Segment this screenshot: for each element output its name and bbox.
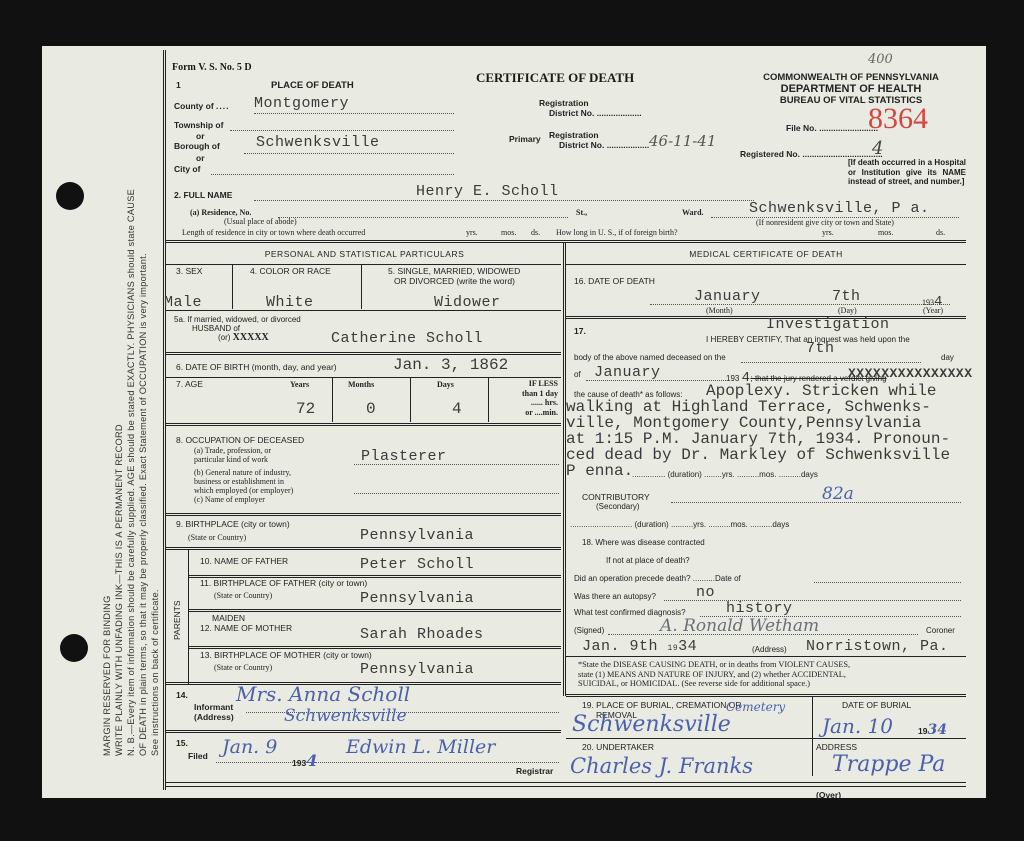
borough-label: Borough of (174, 141, 220, 151)
ds-label: ds. (936, 228, 945, 237)
footnote: *State the DISEASE CAUSING DEATH, or in … (578, 660, 850, 689)
or-label: or (196, 131, 205, 141)
file-no-label: File No. ......................... (786, 123, 878, 133)
mother-birthplace-value: Pennsylvania (360, 661, 474, 678)
residence-label: (a) Residence, No. (190, 208, 251, 217)
yrs-label: yrs. (822, 228, 834, 237)
occupation-a-label: (a) Trade, profession, orparticular kind… (194, 446, 271, 464)
informant-address: Schwenksville (284, 706, 407, 726)
divider (566, 656, 966, 657)
burial-place-note: Cemetery (726, 700, 785, 714)
autopsy-label: Was there an autopsy? (574, 592, 656, 601)
autopsy-value: no (696, 584, 715, 601)
wife-strikeout: XXXXX (233, 332, 269, 343)
divider (166, 377, 561, 378)
form-number: Form V. S. No. 5 D (172, 62, 252, 73)
date-of-death-label: 16. DATE OF DEATH (574, 276, 655, 286)
pencil-note: 400 (868, 52, 893, 67)
divider (166, 730, 561, 733)
divider (166, 513, 561, 516)
punch-hole-top (56, 182, 84, 210)
occupation-b-label: (b) General nature of industry,business … (194, 468, 293, 504)
divider (166, 310, 561, 311)
residence-sub-label: (Usual place of abode) (224, 217, 297, 226)
sex-label: 3. SEX (176, 266, 202, 276)
undertaker-name: Charles J. Franks (570, 754, 753, 778)
less-than-day-label: IF LESSthan 1 day...... hrs.or ....min. (494, 379, 558, 417)
personal-heading: PERSONAL AND STATISTICAL PARTICULARS (166, 249, 563, 259)
mother-value: Sarah Rhoades (360, 626, 484, 643)
month-sub-label: (Month) (706, 306, 733, 315)
full-name-label: 2. FULL NAME (174, 190, 232, 200)
length-of-residence-label: Length of residence in city or town wher… (182, 228, 365, 237)
full-name-dots (254, 200, 754, 201)
contributory-label: CONTRIBUTORY(Secondary) (582, 492, 650, 512)
months-label: Months (348, 380, 374, 389)
or-label: or (196, 153, 205, 163)
margin-line: MARGIN RESERVED FOR BINDING (102, 595, 113, 756)
divider (812, 696, 813, 776)
death-day: 7th (832, 288, 861, 305)
agency-line: DEPARTMENT OF HEALTH (741, 83, 961, 95)
margin-line: N. B.—Every item of information should b… (126, 189, 137, 756)
divider (166, 352, 561, 355)
signed-label: (Signed) (574, 626, 604, 635)
residence-value: Schwenksville, P a. (749, 200, 930, 217)
industry-dots (354, 493, 559, 494)
agency-line: COMMONWEALTH OF PENNSYLVANIA (741, 72, 961, 83)
test-value: history (726, 600, 793, 617)
coroner-signature: A. Ronald Wetham (660, 616, 819, 636)
day-sub-label: (Day) (838, 306, 857, 315)
day-word: day (941, 353, 954, 362)
age-months-value: 0 (366, 400, 376, 418)
operation-label: Did an operation precede death? ........… (574, 574, 741, 583)
borough-dots (244, 153, 454, 154)
burial-year: 1934 (918, 722, 947, 738)
divider (166, 240, 966, 243)
father-birthplace-label: 11. BIRTHPLACE OF FATHER (city or town)(… (200, 578, 367, 600)
filed-dots (216, 762, 559, 763)
divider (166, 547, 561, 550)
duration-row-1: ............... (duration) ........yrs. … (632, 470, 818, 479)
divider (166, 782, 966, 783)
township-dots (230, 130, 454, 131)
primary-district-label: Primary (509, 134, 541, 144)
city-dots (211, 174, 454, 175)
spouse-label: 5a. If married, widowed, or divorced HUS… (174, 315, 301, 342)
divider (332, 377, 333, 422)
city-label: City of (174, 164, 200, 174)
hospital-note: [If death occurred in a Hospital or Inst… (848, 158, 966, 187)
marital-label: 5. SINGLE, MARRIED, WIDOWEDOR DIVORCED (… (388, 266, 520, 286)
occupation-value: Plasterer (361, 448, 447, 465)
medical-heading: MEDICAL CERTIFICATE OF DEATH (566, 249, 966, 259)
agency-name: COMMONWEALTH OF PENNSYLVANIA DEPARTMENT … (741, 72, 961, 106)
street-label: St., (576, 208, 587, 217)
duration-row-2: ............................ (duration) … (570, 520, 789, 529)
registration-district-label: RegistrationDistrict No. ...............… (539, 98, 642, 118)
strikeout-text: XXXXXXXXXXXXXXX (848, 366, 973, 381)
certificate-title: CERTIFICATE OF DEATH (476, 70, 634, 86)
punch-hole-bottom (60, 634, 88, 662)
certificate-form: Form V. S. No. 5 D CERTIFICATE OF DEATH … (163, 50, 983, 790)
file-number: 8364 (868, 102, 928, 136)
divider (188, 549, 189, 684)
registered-number: 4 (872, 138, 883, 159)
divider (410, 377, 411, 422)
signed-date: Jan. 9th 1934 (582, 638, 697, 655)
yrs-label: yrs. (466, 228, 478, 237)
informant-label: Informant(Address) (194, 702, 234, 722)
divider (566, 738, 966, 739)
section-number: 1 (176, 80, 181, 90)
race-label: 4. COLOR OR RACE (250, 266, 331, 276)
margin-line: See instructions on back of certificate. (150, 589, 161, 756)
ds-label: ds. (531, 228, 540, 237)
father-birthplace-value: Pennsylvania (360, 590, 474, 607)
contributory-code: 82a (822, 484, 854, 504)
agency-line: BUREAU OF VITAL STATISTICS (741, 95, 961, 106)
burial-place-value: Schwenksville (572, 712, 731, 737)
birthplace-label: 9. BIRTHPLACE (city or town)(State or Co… (176, 519, 290, 542)
filed-date: Jan. 9 (222, 736, 277, 758)
dob-value: Jan. 3, 1862 (393, 356, 508, 374)
burial-date-value: Jan. 10 (822, 714, 893, 738)
divider (188, 609, 561, 612)
years-label: Years (290, 380, 309, 389)
race-value: White (266, 294, 314, 311)
informant-number: 14. (176, 690, 188, 700)
age-years-value: 72 (296, 400, 315, 418)
marital-value: Widower (434, 294, 501, 311)
county-label: County of .... (174, 101, 230, 111)
divider (566, 264, 966, 265)
place-of-death-heading: PLACE OF DEATH (271, 80, 354, 91)
age-label: 7. AGE (176, 379, 203, 389)
of-word: of (574, 370, 581, 379)
not-at-place-label: If not at place of death? (606, 556, 690, 565)
margin-line: OF DEATH in plain terms, so that it may … (138, 253, 149, 756)
age-days-value: 4 (452, 400, 462, 418)
county-value: Montgomery (254, 95, 349, 112)
death-month: January (694, 288, 761, 305)
full-name-value: Henry E. Scholl (416, 183, 559, 200)
coroner-address-label: (Address) (752, 645, 787, 654)
inquest-month: January (594, 364, 661, 381)
county-dots (254, 113, 454, 114)
divider (166, 423, 561, 426)
investigation-value: Investigation (766, 316, 890, 333)
undertaker-address: Trappe Pa (832, 752, 945, 777)
borough-value: Schwenksville (256, 134, 380, 151)
township-label: Township of (174, 120, 223, 130)
undertaker-address-label: ADDRESS (816, 742, 857, 752)
father-label: 10. NAME OF FATHER (200, 556, 288, 566)
coroner-label: Coroner (926, 626, 955, 635)
filed-label: Filed (188, 751, 208, 761)
father-value: Peter Scholl (360, 556, 474, 573)
divider (361, 264, 362, 309)
filed-year: 1934 (292, 751, 317, 770)
mother-label: MAIDEN12. NAME OF MOTHER (200, 613, 292, 633)
days-label: Days (437, 380, 454, 389)
primary-district-label-2: RegistrationDistrict No. ...............… (549, 130, 649, 150)
divider (166, 264, 561, 265)
inquest-day: 7th (806, 340, 835, 357)
sex-value: Male (164, 294, 202, 311)
mos-label: mos. (501, 228, 516, 237)
occupation-label: 8. OCCUPATION OF DECEASED (176, 435, 304, 445)
parents-label: PARENTS (172, 600, 182, 640)
registrar-signature: Edwin L. Miller (346, 736, 495, 758)
ward-label: Ward. (682, 208, 704, 217)
registrar-label: Registrar (516, 766, 553, 776)
residence-dots (278, 217, 568, 218)
divider (232, 264, 233, 309)
year-sub-label: (Year) (923, 306, 943, 315)
inquest-day-dots (741, 362, 921, 363)
divider (488, 377, 489, 422)
disease-contracted-label: 18. Where was disease contracted (582, 538, 705, 547)
dob-label: 6. DATE OF BIRTH (month, day, and year) (176, 362, 337, 372)
margin-line: WRITE PLAINLY WITH UNFADING INK—THIS IS … (114, 424, 125, 756)
mother-birthplace-label: 13. BIRTHPLACE OF MOTHER (city or town)(… (200, 650, 372, 672)
coroner-address: Norristown, Pa. (806, 638, 949, 655)
divider (166, 786, 966, 787)
divider (188, 646, 561, 649)
primary-district-value: 46-11-41 (649, 132, 716, 150)
mos-label: mos. (878, 228, 893, 237)
contributory-dots (671, 502, 961, 503)
cause-line: P enna. (566, 462, 633, 480)
foreign-birth-label: How long in U. S., if of foreign birth? (556, 228, 678, 237)
spouse-value: Catherine Scholl (331, 330, 483, 347)
over-label: (Over) (816, 790, 841, 800)
nonresident-note: (If nonresident give city or town and St… (756, 218, 894, 227)
filed-number: 15. (176, 738, 188, 748)
birthplace-value: Pennsylvania (360, 527, 474, 544)
divider (566, 694, 966, 697)
certify-number: 17. (574, 326, 586, 336)
informant-name: Mrs. Anna Scholl (236, 682, 410, 706)
operation-dots (814, 582, 961, 583)
body-text: body of the above named deceased on the (574, 353, 726, 362)
undertaker-label: 20. UNDERTAKER (582, 742, 654, 752)
burial-date-label: DATE OF BURIAL (842, 700, 911, 710)
